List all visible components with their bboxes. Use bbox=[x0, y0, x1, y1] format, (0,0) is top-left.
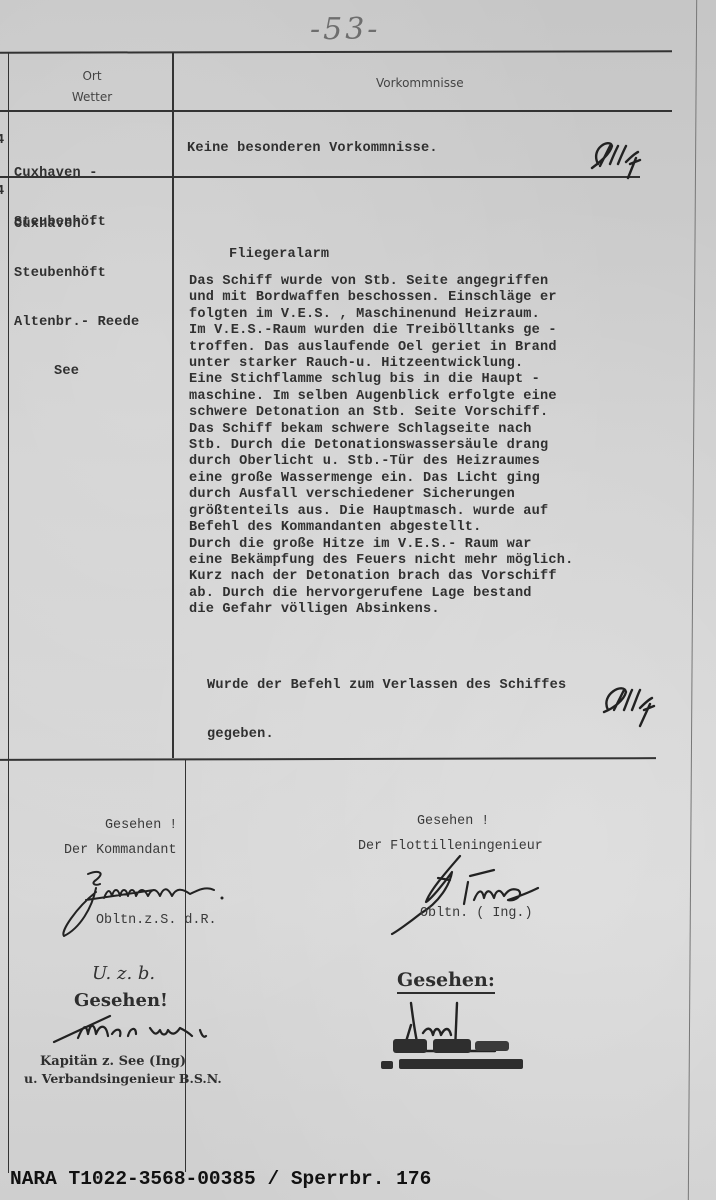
stamp-signature bbox=[375, 995, 575, 1085]
verbandsingenieur-rank-line1: Kapitän z. See (Ing) bbox=[40, 1054, 186, 1069]
table-top-rule bbox=[0, 50, 672, 53]
report-line: unter starker Rauch-u. Hitzeentwicklung. bbox=[189, 356, 573, 372]
stamp-seen: Gesehen: bbox=[397, 969, 495, 994]
report-line: und mit Bordwaffen beschossen. Einschläg… bbox=[189, 290, 573, 306]
ort-column-divider bbox=[172, 53, 174, 758]
verbandsingenieur-rank-line2: u. Verbandsingenieur B.S.N. bbox=[24, 1071, 222, 1086]
verbandsingenieur-note: U. z. b. bbox=[92, 963, 155, 984]
row2-location-line: See bbox=[14, 364, 139, 380]
row1-location-line: Cuxhaven - bbox=[14, 166, 106, 182]
report-line: durch Oberlicht u. Stb.-Tür des Heizraum… bbox=[189, 454, 573, 470]
row2-closing-line: Wurde der Befehl zum Verlassen des Schif… bbox=[207, 678, 566, 694]
row2-heading: Fliegeralarm bbox=[229, 247, 329, 262]
header-wetter: Wetter bbox=[60, 87, 124, 108]
date-column-divider bbox=[8, 53, 9, 1173]
row1-entry: Keine besonderen Vorkommnisse. bbox=[187, 141, 438, 156]
report-line: Kurz nach der Detonation brach das Vorsc… bbox=[189, 569, 573, 585]
report-line: Eine Stichflamme schlug bis in die Haupt… bbox=[189, 372, 573, 388]
page-number: -53- bbox=[310, 12, 380, 47]
report-line: durch Ausfall verschiedener Sicherungen bbox=[189, 487, 573, 503]
kommandant-title: Der Kommandant bbox=[64, 843, 177, 858]
kommandant-seen: Gesehen ! bbox=[105, 818, 177, 833]
report-line: Das Schiff wurde von Stb. Seite angegrif… bbox=[189, 274, 573, 290]
lower-column-divider bbox=[185, 760, 186, 1172]
report-line: folgten im V.E.S. , Maschinenund Heizrau… bbox=[189, 307, 573, 323]
report-line: Im V.E.S.-Raum wurden die Treibölltanks … bbox=[189, 323, 573, 339]
row1-initials-signature bbox=[580, 136, 650, 186]
row2-closing-line: gegeben. bbox=[207, 727, 566, 743]
header-ort-wetter: Ort Wetter bbox=[60, 66, 124, 108]
report-line: Stb. Durch die Detonationswassersäule dr… bbox=[189, 438, 573, 454]
report-line: Das Schiff bekam schwere Schlagseite nac… bbox=[189, 422, 573, 438]
row2-location-line: Cuxhaven - bbox=[14, 217, 139, 233]
header-ort: Ort bbox=[60, 66, 124, 87]
header-bottom-rule bbox=[0, 110, 672, 112]
flottilleningenieur-rank: Obltn. ( Ing.) bbox=[420, 906, 533, 921]
flottilleningenieur-seen: Gesehen ! bbox=[417, 814, 489, 829]
report-line: eine Bekämpfung des Feuers nicht mehr mö… bbox=[189, 553, 573, 569]
report-line: die Gefahr völligen Absinkens. bbox=[189, 602, 573, 618]
archive-reference: NARA T1022-3568-00385 / Sperrbr. 176 bbox=[10, 1168, 431, 1190]
report-line: Befehl des Kommandanten abgestellt. bbox=[189, 520, 573, 536]
report-line: troffen. Das auslaufende Oel geriet in B… bbox=[189, 340, 573, 356]
row2-location: Cuxhaven - Steubenhöft Altenbr.- Reede S… bbox=[14, 184, 139, 397]
report-line: eine große Wassermenge ein. Das Licht gi… bbox=[189, 471, 573, 487]
row2-report-body: Das Schiff wurde von Stb. Seite angegrif… bbox=[189, 274, 573, 619]
row2-location-line: Altenbr.- Reede bbox=[14, 315, 139, 331]
right-page-edge bbox=[688, 0, 697, 1200]
report-line: Durch die große Hitze im V.E.S.- Raum wa… bbox=[189, 537, 573, 553]
row1-date-mark: 4 bbox=[0, 133, 4, 148]
row2-location-line: Steubenhöft bbox=[14, 266, 139, 282]
header-vorkommnisse: Vorkommnisse bbox=[376, 76, 464, 90]
verbandsingenieur-signature bbox=[50, 1008, 220, 1058]
report-line: maschine. Im selben Augenblick erfolgte … bbox=[189, 389, 573, 405]
kommandant-rank: Obltn.z.S. d.R. bbox=[96, 913, 217, 928]
report-line: ab. Durch die hervorgerufene Lage bestan… bbox=[189, 586, 573, 602]
report-line: schwere Detonation an Stb. Seite Vorschi… bbox=[189, 405, 573, 421]
row2-initials-signature bbox=[596, 680, 666, 740]
row2-date-mark: 4 bbox=[0, 184, 4, 199]
row2-closing: Wurde der Befehl zum Verlassen des Schif… bbox=[207, 645, 566, 760]
report-line: größtenteils aus. Die Hauptmasch. wurde … bbox=[189, 504, 573, 520]
